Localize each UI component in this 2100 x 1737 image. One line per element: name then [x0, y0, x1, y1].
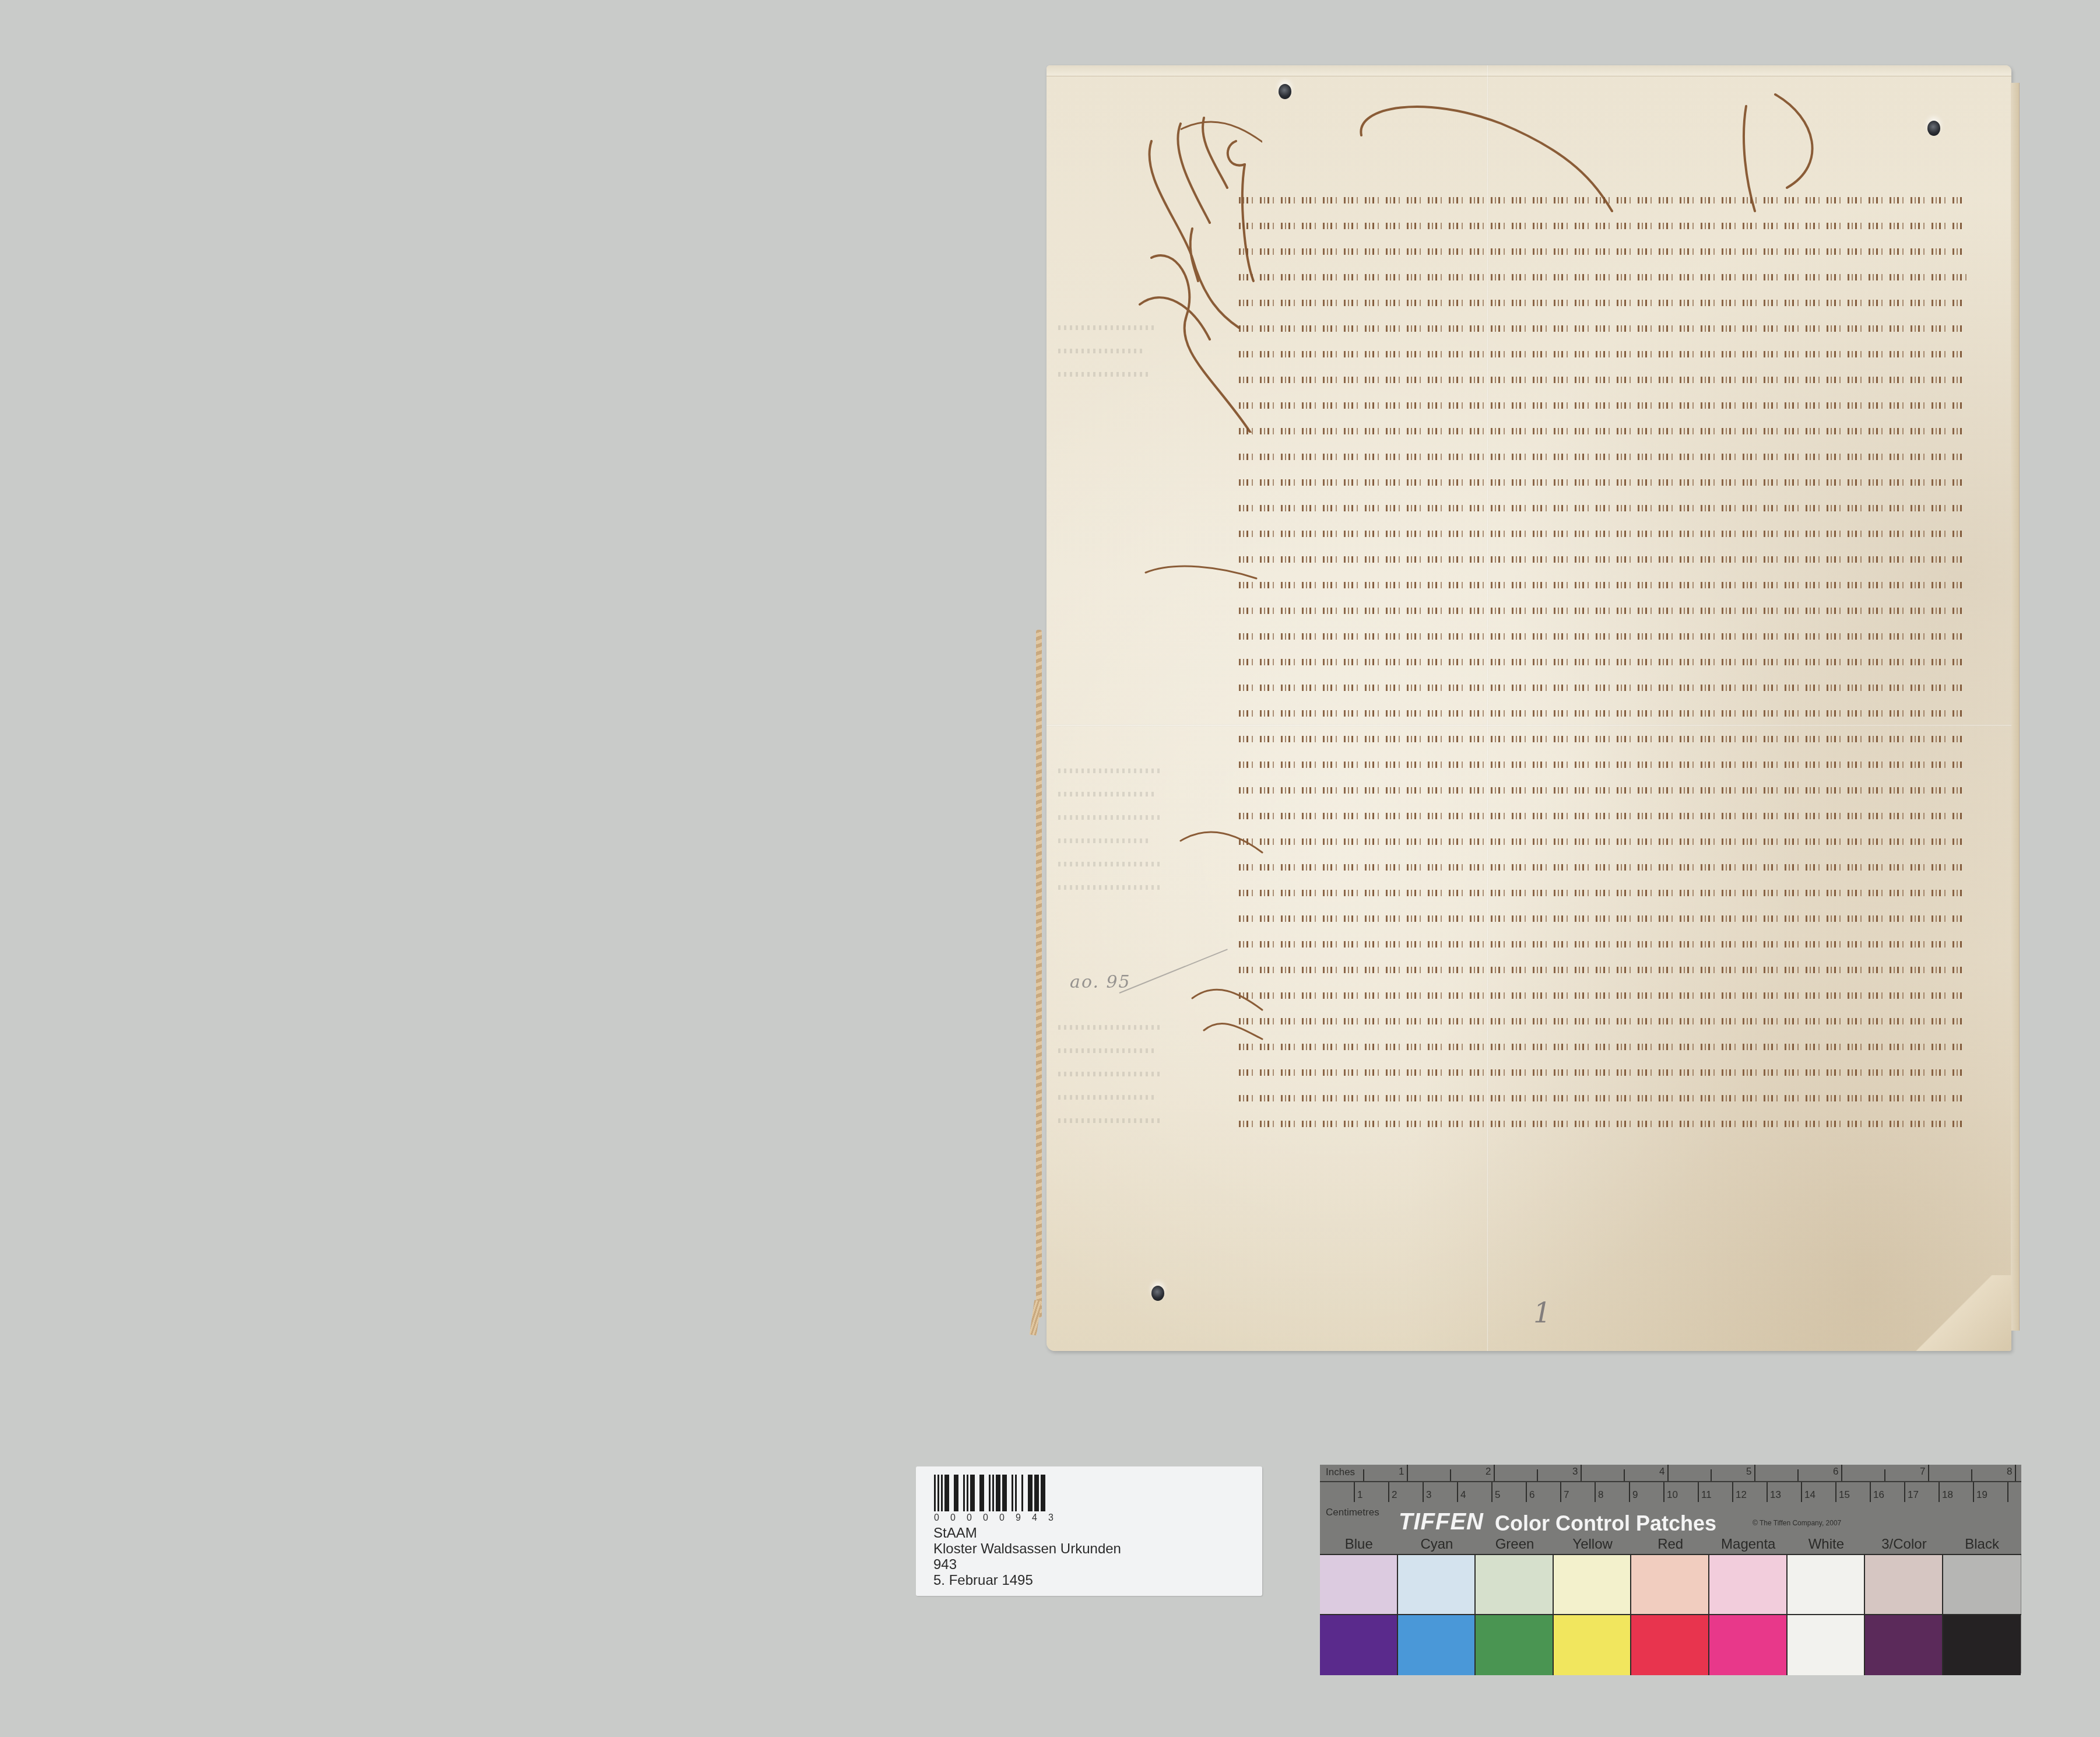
patch-magenta-light	[1709, 1555, 1788, 1615]
patch-white-dark	[1788, 1615, 1866, 1675]
text-line	[1239, 552, 1965, 567]
text-line	[1239, 1039, 1965, 1054]
folio-number: 1	[1533, 1297, 1551, 1329]
text-line	[1239, 1116, 1965, 1131]
tiffen-color-chart: Inches 1 2 3 4 5 6 7 8	[1320, 1465, 2021, 1673]
archive-name: StAAM	[933, 1525, 1121, 1541]
barcode-digit: 0	[983, 1513, 988, 1524]
cm-tick-label: 17	[1908, 1489, 1919, 1501]
barcode-number: 0 0 0 0 0 9 4 3	[934, 1513, 1053, 1524]
parchment-charter: ao. 95 1	[1047, 65, 2011, 1351]
cm-tick-label: 12	[1736, 1489, 1747, 1501]
inch-tick-label: 7	[1920, 1466, 1925, 1478]
text-line	[1239, 192, 1962, 208]
text-line	[1239, 988, 1965, 1003]
binding-cord-tail	[1030, 1300, 1041, 1335]
patch-label: White	[1788, 1536, 1866, 1554]
patch-black-dark	[1943, 1615, 2021, 1675]
text-line	[1239, 1090, 1965, 1106]
barcode-digit: 9	[1016, 1513, 1021, 1524]
cm-tick-label: 11	[1701, 1489, 1712, 1501]
patch-red-light	[1631, 1555, 1709, 1615]
text-line	[1239, 346, 1962, 362]
cm-tick-label: 5	[1495, 1489, 1500, 1501]
barcode-digit: 0	[950, 1513, 956, 1524]
text-line	[1239, 885, 1965, 900]
inch-tick-label: 5	[1746, 1466, 1751, 1478]
cm-tick-label: 4	[1460, 1489, 1466, 1501]
inch-tick-label: 6	[1833, 1466, 1838, 1478]
patch-green-dark	[1476, 1615, 1554, 1675]
patch-labels: Blue Cyan Green Yellow Red Magenta White…	[1320, 1536, 2021, 1554]
parchment-right-edge-layers	[2011, 83, 2020, 1331]
margin-flourishes	[1140, 392, 1274, 1092]
patch-label: 3/Color	[1865, 1536, 1943, 1554]
patch-3color-light	[1865, 1555, 1943, 1615]
text-line	[1239, 654, 1965, 669]
centimetre-ruler: 1 2 3 4 5 6 7 8 9 10 11 12 13 14 15 16 1…	[1320, 1482, 2021, 1506]
text-line	[1239, 629, 1962, 644]
barcode-digit: 0	[999, 1513, 1005, 1524]
text-line	[1239, 731, 1965, 746]
text-line	[1239, 321, 1962, 336]
text-line	[1239, 372, 1965, 387]
patch-red-dark	[1631, 1615, 1709, 1675]
label-text: StAAM Kloster Waldsassen Urkunden 943 5.…	[933, 1525, 1121, 1588]
text-line	[1239, 526, 1965, 541]
patch-yellow-dark	[1554, 1615, 1632, 1675]
text-line	[1239, 218, 1962, 233]
inch-tick-label: 2	[1486, 1466, 1491, 1478]
text-line	[1239, 295, 1965, 310]
text-line	[1239, 782, 1962, 798]
chart-copyright: © The Tiffen Company, 2007	[1753, 1519, 1841, 1527]
cm-tick-label: 1	[1357, 1489, 1362, 1501]
text-line	[1239, 603, 1962, 618]
dark-patch-row	[1320, 1614, 2021, 1675]
item-date: 5. Februar 1495	[933, 1573, 1121, 1588]
text-line	[1239, 423, 1965, 438]
cm-tick-label: 7	[1564, 1489, 1569, 1501]
text-line	[1239, 1065, 1965, 1080]
patch-blue-dark	[1320, 1615, 1398, 1675]
patch-cyan-light	[1398, 1555, 1476, 1615]
patch-yellow-light	[1554, 1555, 1632, 1615]
archive-label: 0 0 0 0 0 9 4 3 StAAM Kloster Waldsassen…	[916, 1466, 1262, 1596]
cm-tick-label: 9	[1632, 1489, 1638, 1501]
text-line	[1239, 859, 1965, 875]
pencil-annotation: ao. 95	[1070, 972, 1131, 992]
text-line	[1239, 449, 1965, 464]
binding-cord	[1036, 630, 1042, 1318]
patch-label: Blue	[1320, 1536, 1398, 1554]
text-line	[1239, 475, 1962, 490]
text-line	[1239, 577, 1965, 592]
inch-tick-label: 8	[2007, 1466, 2012, 1478]
cm-tick-label: 3	[1426, 1489, 1431, 1501]
cm-tick-label: 6	[1529, 1489, 1534, 1501]
cm-tick-label: 19	[1976, 1489, 1987, 1501]
text-line	[1239, 244, 1965, 259]
barcode-digit: 3	[1048, 1513, 1053, 1524]
patch-label: Magenta	[1709, 1536, 1788, 1554]
patch-label: Cyan	[1398, 1536, 1476, 1554]
text-line	[1239, 936, 1965, 952]
barcode	[934, 1475, 1047, 1511]
cm-tick-label: 10	[1667, 1489, 1678, 1501]
patch-label: Black	[1943, 1536, 2021, 1554]
patch-label: Yellow	[1554, 1536, 1632, 1554]
barcode-digit: 0	[967, 1513, 972, 1524]
patch-white-light	[1788, 1555, 1866, 1615]
cm-tick-label: 14	[1804, 1489, 1815, 1501]
text-line	[1239, 269, 1968, 285]
text-line	[1239, 1013, 1965, 1029]
text-line	[1239, 962, 1965, 977]
cm-tick-label: 8	[1598, 1489, 1603, 1501]
text-line	[1239, 398, 1965, 413]
patch-black-light	[1943, 1555, 2021, 1615]
chart-title: Color Control Patches	[1495, 1511, 1716, 1536]
cm-tick-label: 13	[1770, 1489, 1781, 1501]
patch-label: Green	[1476, 1536, 1554, 1554]
item-number: 943	[933, 1557, 1121, 1573]
text-line	[1239, 706, 1965, 721]
patch-label: Red	[1631, 1536, 1709, 1554]
light-patch-row	[1320, 1554, 2021, 1615]
text-line	[1239, 911, 1965, 926]
inch-tick-label: 4	[1659, 1466, 1664, 1478]
inch-tick-label: 1	[1399, 1466, 1404, 1478]
patch-cyan-dark	[1398, 1615, 1476, 1675]
text-line	[1239, 757, 1965, 772]
cm-tick-label: 2	[1392, 1489, 1397, 1501]
text-line	[1239, 680, 1965, 695]
text-line	[1239, 834, 1965, 849]
collection-name: Kloster Waldsassen Urkunden	[933, 1541, 1121, 1557]
patch-green-light	[1476, 1555, 1554, 1615]
patch-3color-dark	[1865, 1615, 1943, 1675]
cm-tick-label: 16	[1873, 1489, 1884, 1501]
text-line	[1239, 500, 1965, 515]
inches-label: Inches	[1326, 1466, 1355, 1478]
inch-ruler: Inches 1 2 3 4 5 6 7 8	[1320, 1465, 2021, 1482]
patch-magenta-dark	[1709, 1615, 1788, 1675]
inch-tick-label: 3	[1572, 1466, 1578, 1478]
cm-tick-label: 15	[1839, 1489, 1850, 1501]
barcode-digit: 4	[1032, 1513, 1037, 1524]
tiffen-logo: TIFFEN	[1399, 1509, 1484, 1535]
centimetres-label: Centimetres	[1326, 1507, 1379, 1518]
patch-blue-light	[1320, 1555, 1398, 1615]
barcode-digit: 0	[934, 1513, 939, 1524]
text-line	[1239, 808, 1965, 823]
cm-tick-label: 18	[1942, 1489, 1953, 1501]
